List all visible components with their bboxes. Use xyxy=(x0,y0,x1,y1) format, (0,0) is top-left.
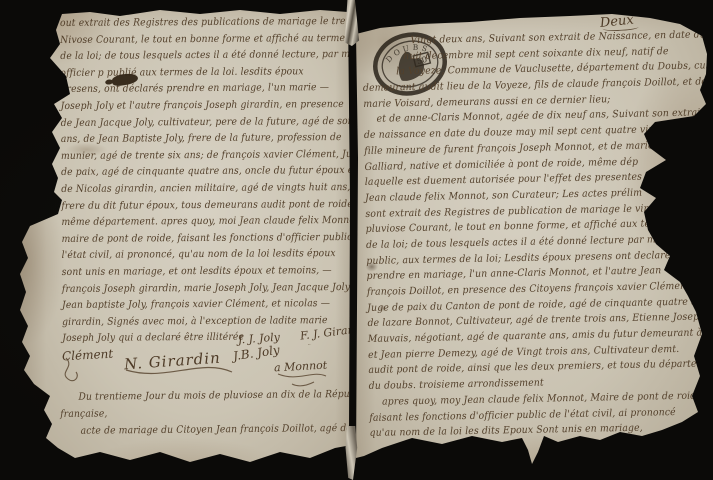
photographed-register-scan: out extrait des Registres des publicatio… xyxy=(0,0,713,480)
manuscript-line: acte de mariage du Citoyen Jean françois… xyxy=(81,423,324,443)
signature: F. J. Girard xyxy=(299,322,360,342)
left-page: out extrait des Registres des publicatio… xyxy=(16,4,352,474)
signature: a Monnot xyxy=(274,359,328,375)
signature: Clément xyxy=(62,347,114,364)
right-page: Deux 50 DOUBS Vingt deux ans, Suivant so… xyxy=(350,8,713,470)
right-page-text: Vingt deux ans, Suivant son extrait de N… xyxy=(362,30,695,444)
left-page-footer-text: Du trentieme Jour du mois de pluviose an… xyxy=(60,389,324,443)
signature: N. Girardin xyxy=(123,349,221,374)
